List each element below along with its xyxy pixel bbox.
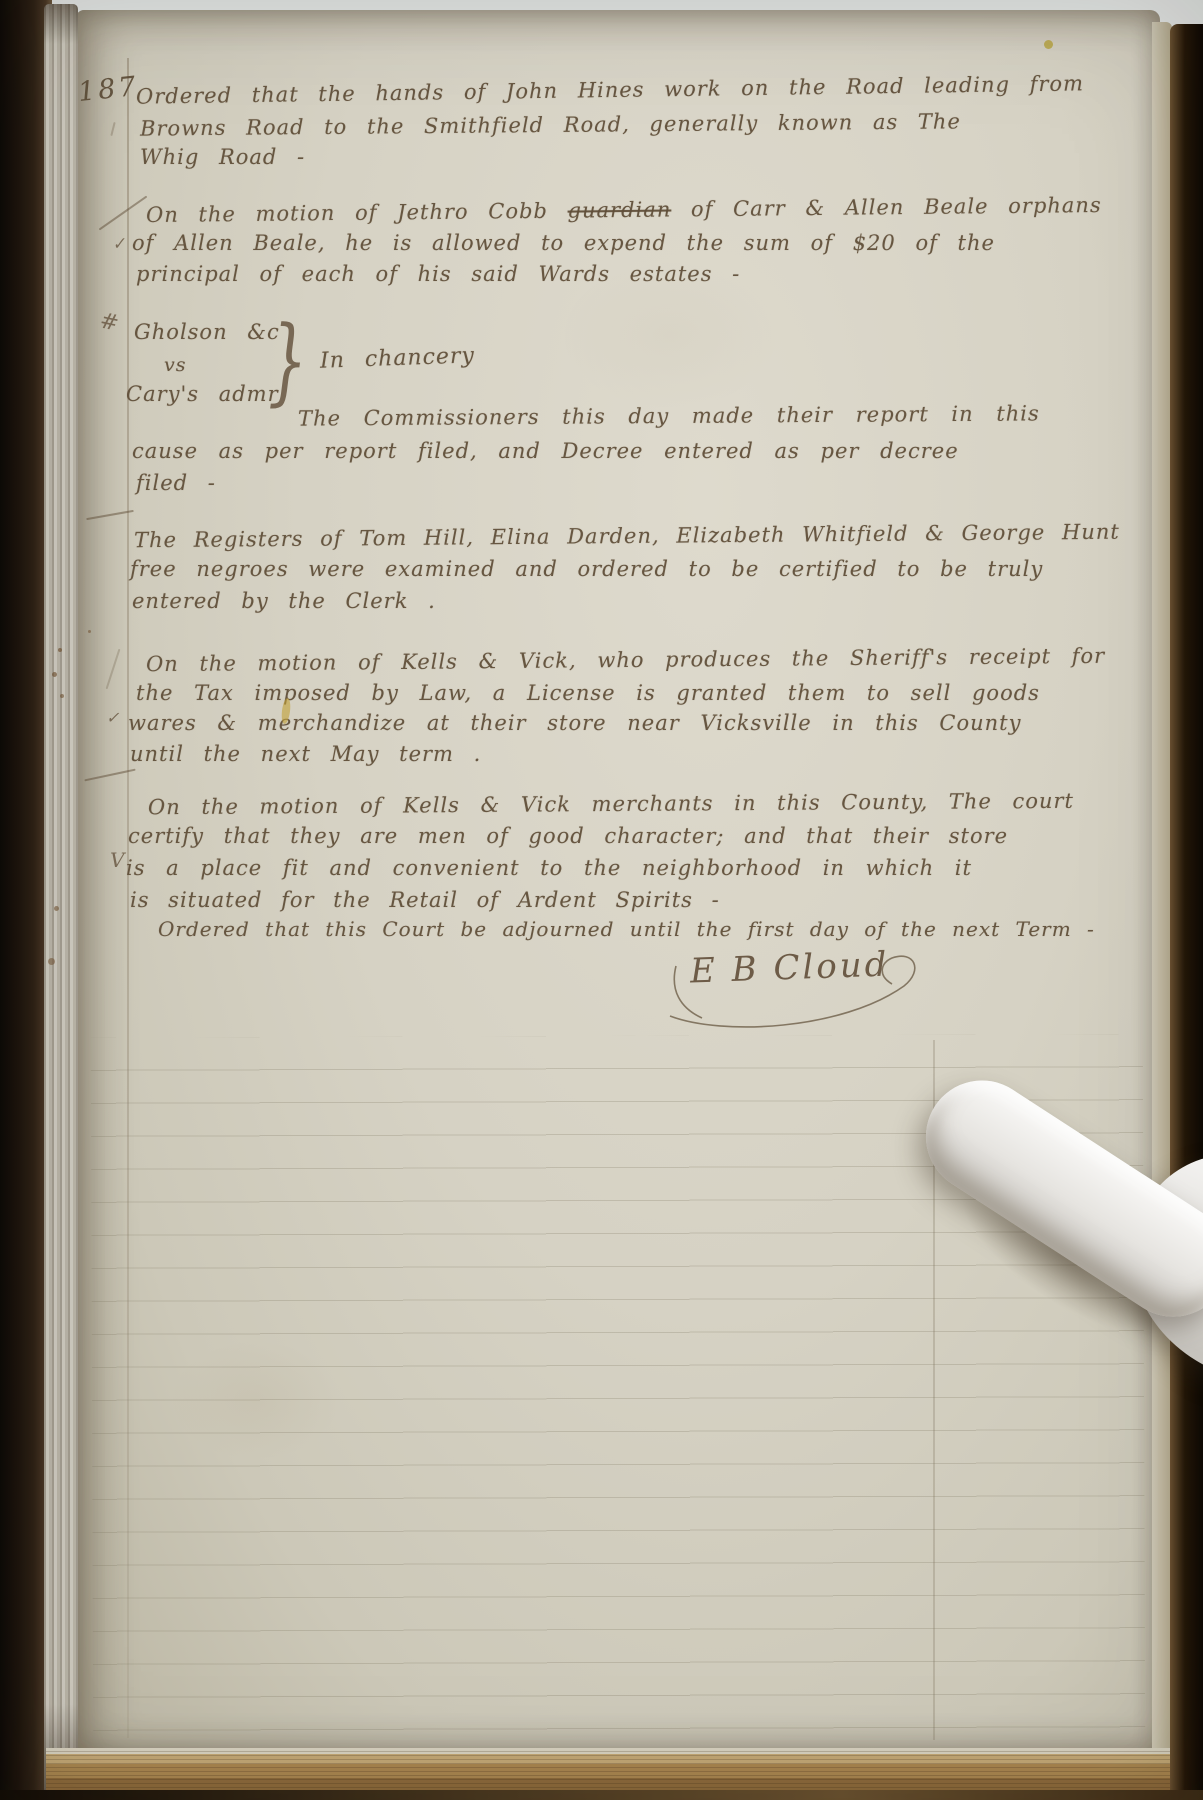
entry6-line3: is a place fit and convenient to the nei…	[126, 856, 972, 880]
entry2-line2: of Allen Beale, he is allowed to expend …	[132, 231, 995, 255]
foxing-speck	[54, 906, 59, 911]
entry3-line3: filed -	[136, 471, 216, 495]
adjournment-line: Ordered that this Court be adjourned unt…	[158, 917, 1095, 941]
paper-discoloration	[170, 1340, 340, 1460]
entry2-line1-pre: On the motion of Jethro Cobb	[146, 199, 568, 227]
check-mark: ✓	[111, 233, 127, 254]
entry2-line1-post: of Carr & Allen Beale orphans	[671, 193, 1102, 222]
case-vs: vs	[164, 354, 186, 376]
entry5-line4: until the next May term .	[130, 742, 481, 766]
right-page-edge	[1152, 22, 1172, 1758]
case-party1: Gholson &c	[134, 320, 280, 344]
paper-discoloration	[560, 260, 780, 410]
case-party2: Cary's admr	[126, 382, 279, 406]
page-number: 187	[77, 71, 140, 108]
entry1-line3: Whig Road -	[140, 145, 305, 169]
signature-flourish	[652, 938, 952, 1038]
entry5-line2: the Tax imposed by Law, a License is gra…	[136, 681, 1040, 705]
left-page-edges	[44, 4, 78, 1794]
foxing-speck	[88, 630, 91, 633]
check-mark: V	[110, 848, 124, 872]
case-brace: }	[268, 306, 307, 416]
bottom-edge-shadow	[0, 1790, 1203, 1800]
check-mark: ✓	[106, 708, 119, 727]
foxing-speck	[48, 958, 55, 965]
foxing-speck	[60, 694, 64, 698]
entry6-line2: certify that they are men of good charac…	[128, 824, 1008, 848]
entry3-line2: cause as per report filed, and Decree en…	[132, 439, 959, 463]
entry4-line2: free negroes were examined and ordered t…	[130, 557, 1043, 581]
entry2-line1-struck-word: guardian	[567, 198, 671, 223]
right-cover-shadow	[1170, 24, 1203, 1800]
ink-stain	[1044, 40, 1053, 49]
entry6-line4: is situated for the Retail of Ardent Spi…	[130, 888, 720, 912]
entry5-line3: wares & merchandize at their store near …	[128, 711, 1021, 735]
foxing-speck	[52, 672, 57, 677]
foxing-speck	[58, 648, 62, 652]
entry4-line3: entered by the Clerk .	[132, 589, 436, 613]
